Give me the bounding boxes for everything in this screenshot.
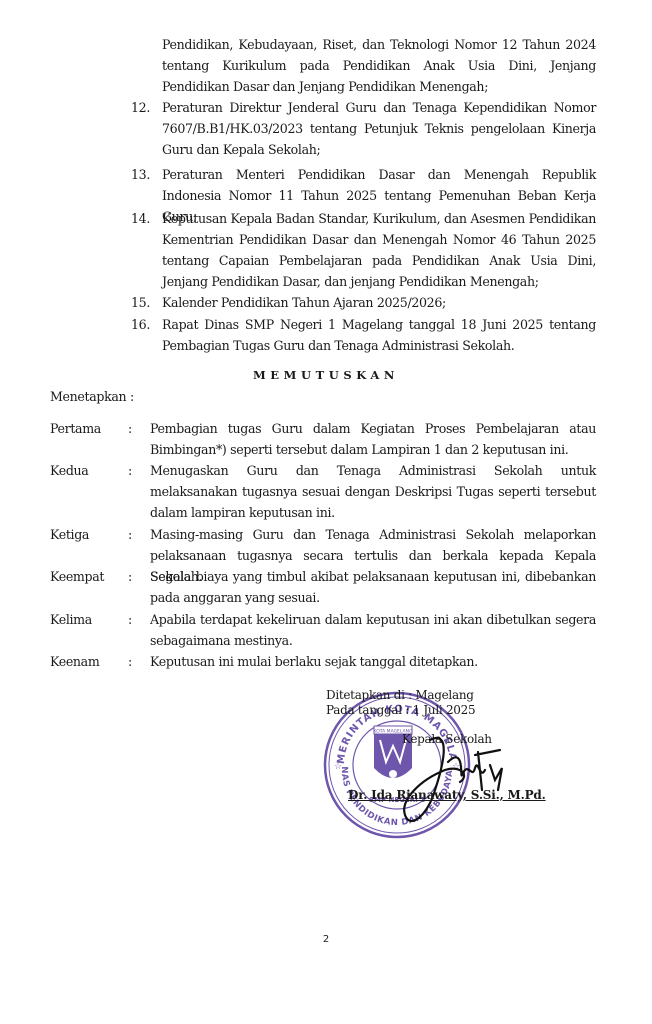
item-number: 12.	[131, 97, 161, 118]
decision-text: Segala biaya yang timbul akibat pelaksan…	[150, 566, 596, 608]
decision-text: Apabila terdapat kekeliruan dalam keputu…	[150, 609, 596, 651]
decision-colon: :	[128, 418, 148, 439]
decision-row: Keenam : Keputusan ini mulai berlaku sej…	[50, 651, 596, 672]
item-text: Rapat Dinas SMP Negeri 1 Magelang tangga…	[162, 314, 596, 356]
menetapkan-label: Menetapkan :	[50, 386, 134, 407]
decision-heading: MEMUTUSKAN	[0, 368, 652, 382]
signature-place: Ditetapkan di : Magelang	[326, 688, 474, 702]
decision-label: Keempat	[50, 566, 126, 587]
decision-row: Kelima : Apabila terdapat kekeliruan dal…	[50, 609, 596, 651]
item-text: Keputusan Kepala Badan Standar, Kurikulu…	[162, 208, 596, 292]
decision-text: Menugaskan Guru dan Tenaga Administrasi …	[150, 460, 596, 523]
decision-colon: :	[128, 460, 148, 481]
decision-label: Pertama	[50, 418, 126, 439]
page-number: 2	[0, 934, 652, 945]
list-item: 16. Rapat Dinas SMP Negeri 1 Magelang ta…	[131, 314, 596, 356]
decision-row: Keempat : Segala biaya yang timbul akiba…	[50, 566, 596, 608]
signature-date: Pada tanggal : 1 Juli 2025	[326, 703, 475, 717]
decision-row: Kedua : Menugaskan Guru dan Tenaga Admin…	[50, 460, 596, 523]
decision-label: Kelima	[50, 609, 126, 630]
item-text: Peraturan Direktur Jenderal Guru dan Ten…	[162, 97, 596, 160]
decision-text: Keputusan ini mulai berlaku sejak tangga…	[150, 651, 596, 672]
svg-text:☆: ☆	[334, 762, 342, 772]
list-item: 14. Keputusan Kepala Badan Standar, Kuri…	[131, 208, 596, 292]
item-number: 15.	[131, 292, 161, 313]
list-item: 15. Kalender Pendidikan Tahun Ajaran 202…	[131, 292, 596, 313]
item-number: 13.	[131, 164, 161, 185]
decision-label: Ketiga	[50, 524, 126, 545]
continued-item-text: Pendidikan, Kebudayaan, Riset, dan Tekno…	[162, 34, 596, 97]
list-item: 12. Peraturan Direktur Jenderal Guru dan…	[131, 97, 596, 160]
decision-label: Keenam	[50, 651, 126, 672]
item-number: 16.	[131, 314, 161, 335]
decision-colon: :	[128, 524, 148, 545]
item-number: 14.	[131, 208, 161, 229]
decision-colon: :	[128, 566, 148, 587]
handwritten-signature-icon	[390, 720, 520, 850]
document-page: Pendidikan, Kebudayaan, Riset, dan Tekno…	[0, 0, 652, 1024]
decision-colon: :	[128, 651, 148, 672]
decision-colon: :	[128, 609, 148, 630]
signatory-name: Dr. Ida Rianawaty, S.Si., M.Pd.	[348, 788, 546, 802]
decision-row: Pertama : Pembagian tugas Guru dalam Keg…	[50, 418, 596, 460]
decision-text: Pembagian tugas Guru dalam Kegiatan Pros…	[150, 418, 596, 460]
item-text: Kalender Pendidikan Tahun Ajaran 2025/20…	[162, 292, 596, 313]
decision-label: Kedua	[50, 460, 126, 481]
